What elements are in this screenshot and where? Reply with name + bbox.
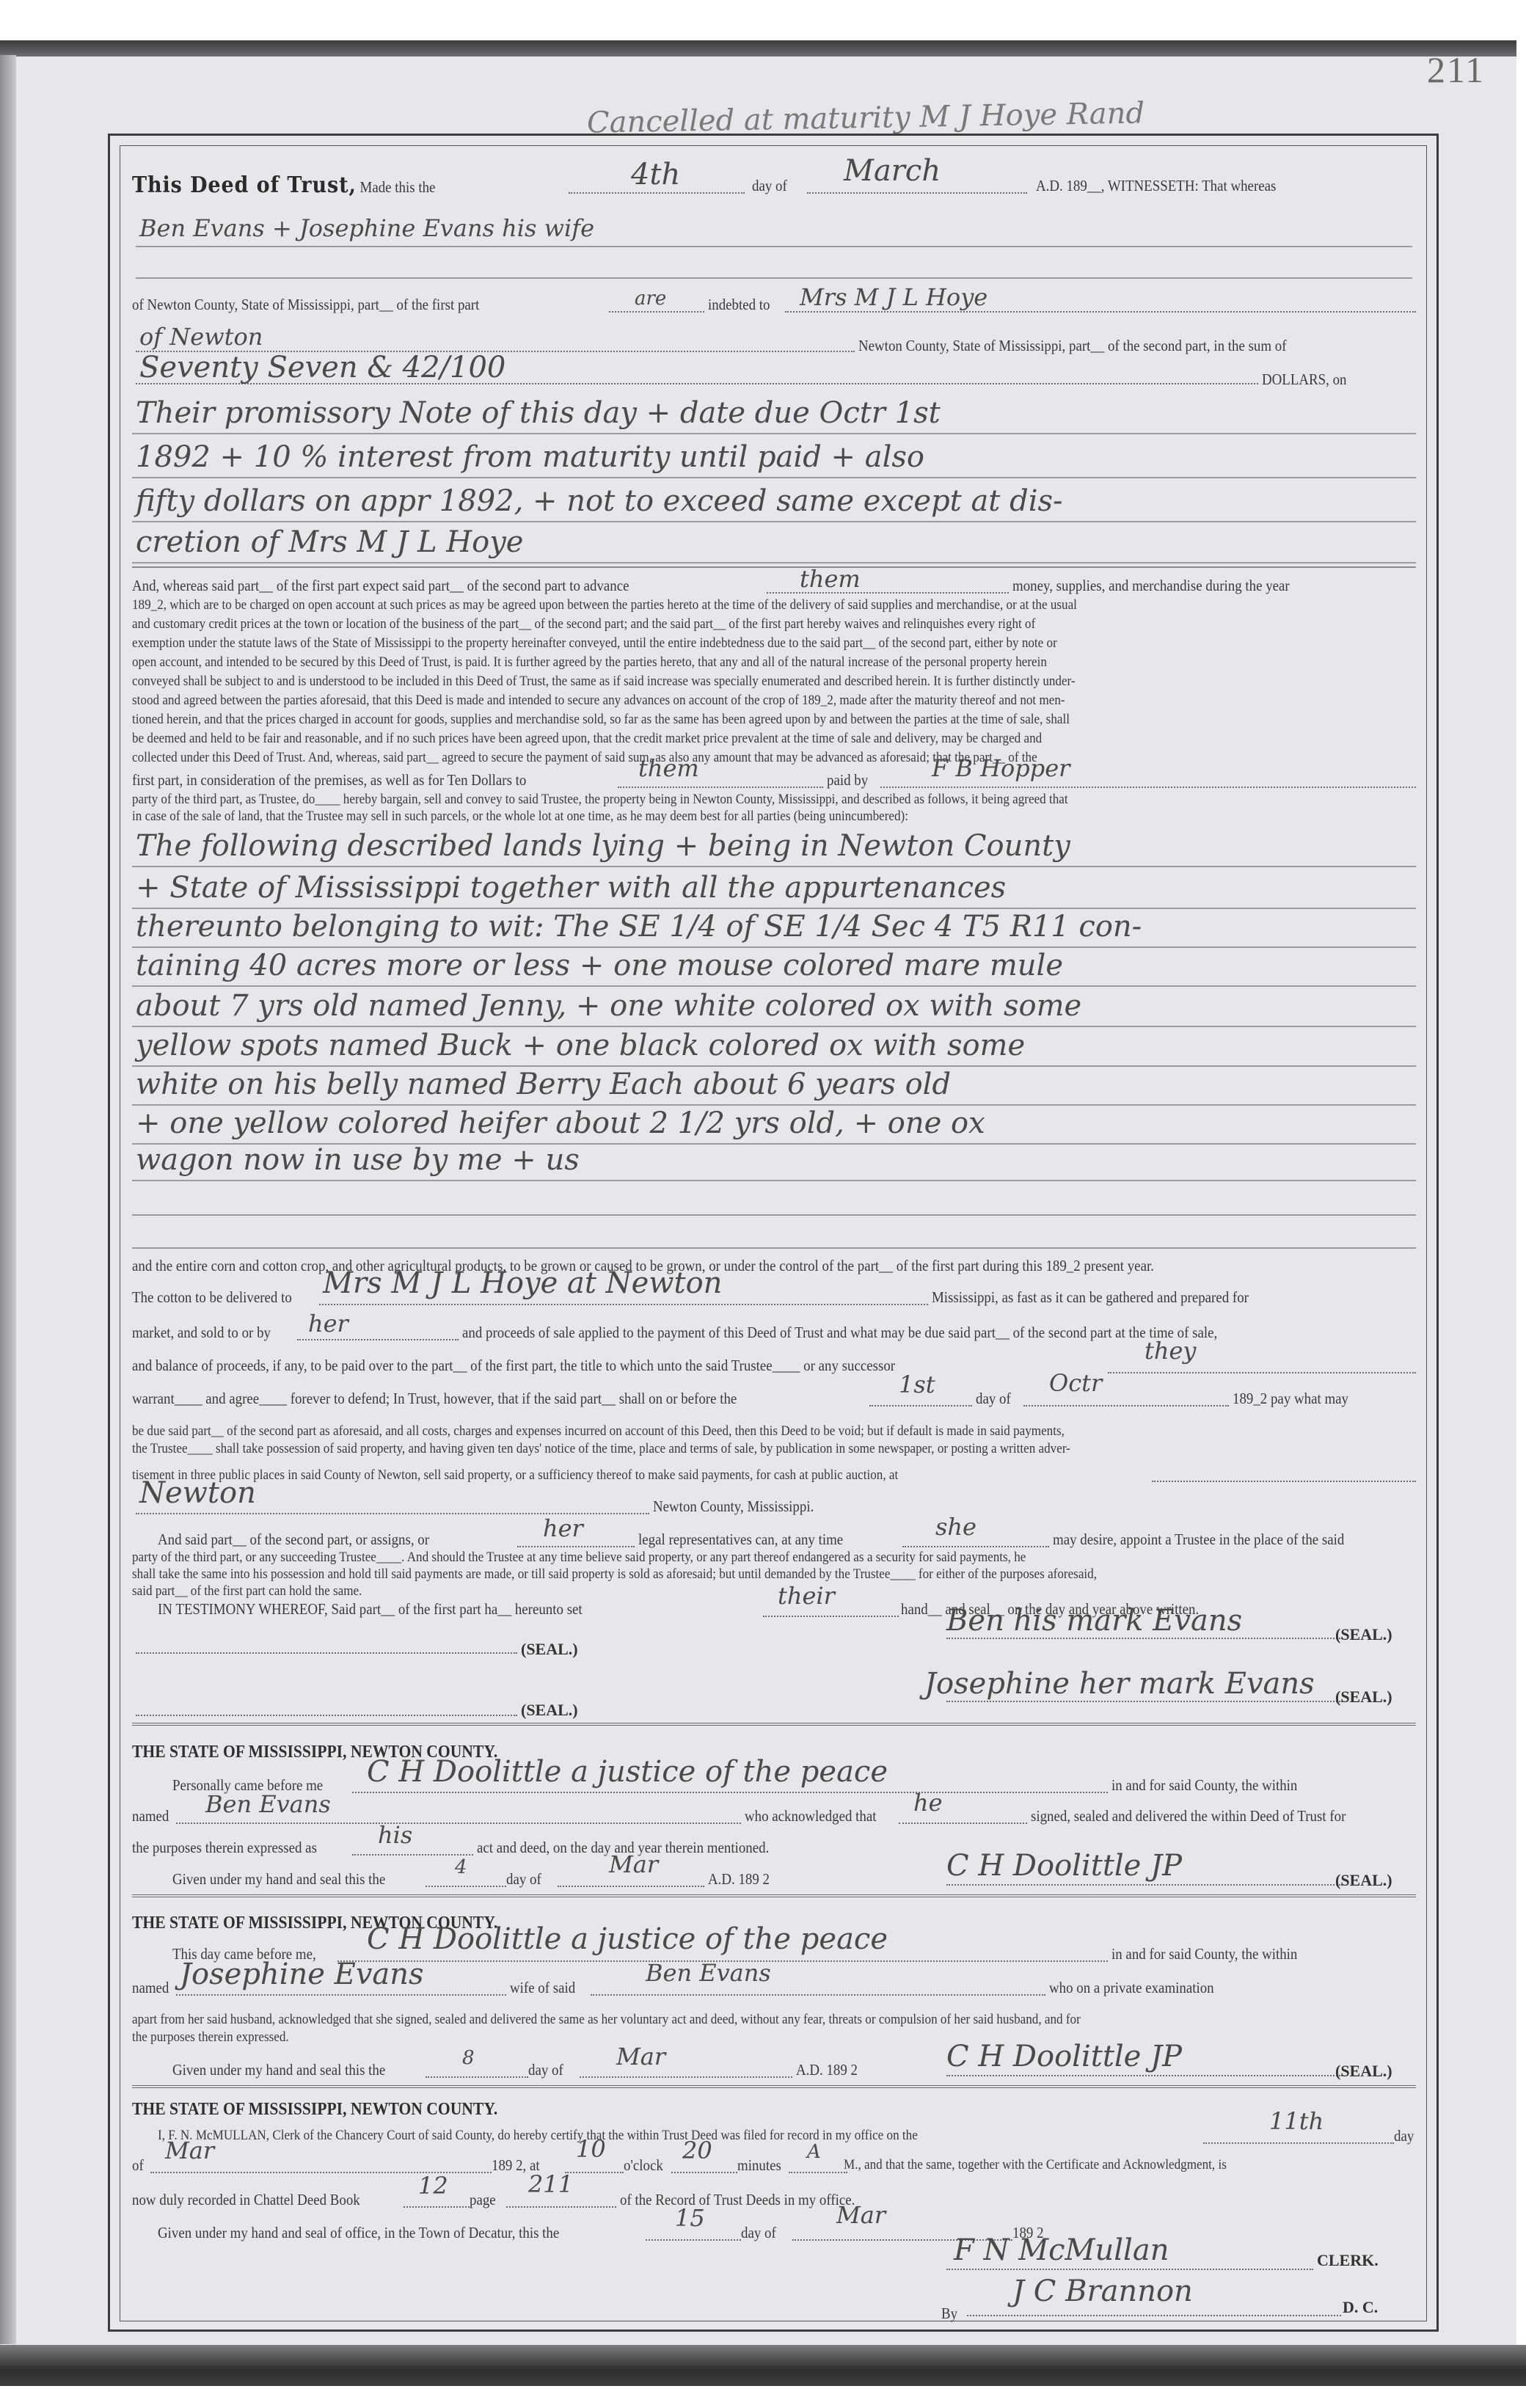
warrant-day-field: 1st (899, 1371, 935, 1398)
scan-edge-left (0, 55, 16, 2344)
testimony-field: their (778, 1582, 835, 1610)
warrant-month-field: Octr (1049, 1369, 1102, 1397)
advances-label: And, whereas said part__ of the first pa… (132, 577, 629, 594)
clerk-day-label: day (1394, 2126, 1420, 2145)
property-line-0: The following described lands lying + be… (136, 829, 1070, 863)
ack2-named-line (176, 1994, 506, 1996)
legal-mid-label: legal representatives can, at any time (638, 1530, 902, 1549)
property-rule-9 (132, 1214, 1416, 1216)
month-field: March (844, 154, 941, 188)
clerk-given-day-field: 15 (675, 2204, 705, 2232)
advances-para-2: exemption under the statute laws of the … (132, 634, 1288, 653)
ack2-seal: (SEAL.) (1335, 2062, 1392, 2081)
desire-field: she (935, 1513, 976, 1541)
ack1-he-line (899, 1823, 1027, 1824)
creditor-field: Mrs M J L Hoye (800, 283, 987, 311)
clerk-book-line (404, 2206, 470, 2208)
ack2-divider (132, 1894, 1416, 1897)
balance-field-line (1108, 1372, 1416, 1373)
advances-para-0: 189_2, which are to be charged on open a… (132, 596, 1288, 615)
deputy-signature-line (967, 2315, 1341, 2316)
second-part-label: Newton County, State of Mississippi, par… (858, 336, 1367, 355)
note-line-2: 1892 + 10 % interest from maturity until… (136, 440, 924, 474)
clerk-minutes-line (671, 2172, 737, 2173)
witnesseth-label: A.D. 189__, WITNESSETH: That whereas (1036, 176, 1379, 195)
clerk-given-month-field: Mar (836, 2201, 886, 2229)
scan-edge-bottom (0, 2345, 1526, 2386)
warrant-post-label: 189_2 pay what may (1233, 1389, 1404, 1408)
clerk-cert-label: I, F. N. McMULLAN, Clerk of the Chancery… (158, 2126, 1109, 2145)
section-divider (132, 566, 1416, 568)
clerk-label: CLERK. (1317, 2251, 1379, 2270)
note-line-2-rule (132, 477, 1416, 478)
ack2-month-line (580, 2076, 792, 2078)
ack2-husband-field: Ben Evans (646, 1959, 771, 1987)
property-rule-8 (132, 1180, 1416, 1181)
ack2-month-field: Mar (616, 2043, 665, 2070)
ack1-named-line (176, 1823, 741, 1824)
advances-para-1: and customary credit prices at the town … (132, 615, 1288, 634)
ack1-officer-field: C H Doolittle a justice of the peace (367, 1755, 888, 1789)
ack2-day-field: 8 (462, 2047, 475, 2069)
auction-cont-line (1152, 1481, 1416, 1482)
ack2-line-0: apart from her said husband, acknowledge… (132, 2010, 1288, 2029)
legal-field-line (517, 1546, 635, 1547)
legal-field: her (543, 1514, 583, 1542)
ack2-husband-line (591, 1994, 1045, 1996)
trustee-field: them (638, 754, 699, 782)
ack1-seal: (SEAL.) (1335, 1871, 1392, 1890)
clerk-recorded-post: of the Record of Trust Deeds in my offic… (620, 2190, 950, 2209)
blank-seal2-line (136, 1715, 517, 1716)
ack1-given-label: Given under my hand and seal this the (172, 1869, 410, 1889)
signer1-signature: Ben his mark Evans (946, 1604, 1242, 1638)
clerk-signature-line (946, 2269, 1313, 2270)
advances-para-5: stood and agreed between the parties afo… (132, 691, 1288, 710)
ack2-signature: C H Doolittle JP (946, 2040, 1182, 2073)
clerk-page-field: 211 (528, 2170, 573, 2198)
property-line-5: yellow spots named Buck + one black colo… (136, 1029, 1025, 1062)
property-rule-5 (132, 1065, 1416, 1067)
clerk-filed-day-field: 11th (1269, 2107, 1324, 2135)
trustee-field-line (618, 787, 823, 788)
month-field-line (807, 192, 1027, 194)
ack1-officer-line (352, 1792, 1108, 1793)
note-line-1: Their promissory Note of this day + date… (136, 396, 941, 430)
dc-label: D. C. (1343, 2298, 1378, 2317)
delivered-field: Mrs M J L Hoye at Newton (323, 1266, 722, 1300)
note-line-4-rule (132, 562, 1416, 563)
ack1-day-field: 4 (455, 1856, 467, 1878)
signer1-line (946, 1638, 1343, 1639)
ack2-officer-field: C H Doolittle a justice of the peace (367, 1922, 888, 1956)
advances-para-7: be deemed and held to be fair and reason… (132, 729, 1288, 748)
clerk-minutes-label: minutes (737, 2156, 797, 2175)
indebted-label: indebted to (708, 295, 787, 314)
ack1-month-line (558, 1886, 704, 1887)
made-this-label: Made this the (360, 178, 436, 196)
property-line-7: + one yellow colored heifer about 2 1/2 … (136, 1106, 985, 1140)
county-label: of Newton County, State of Mississippi, … (132, 296, 479, 313)
warrant-month-line (1023, 1405, 1229, 1407)
note-line-3: fifty dollars on appr 1892, + not to exc… (136, 484, 1063, 518)
deputy-signature: J C Brannon (1012, 2274, 1193, 2308)
signer2-line (946, 1701, 1343, 1702)
clerk-page-label: page (470, 2190, 509, 2209)
ack2-day-of-label: day of (528, 2060, 581, 2079)
property-rule-2 (132, 946, 1416, 948)
advances-para-4: conveyed shall be subject to and is unde… (132, 672, 1288, 691)
signer1-seal: (SEAL.) (1335, 1625, 1392, 1644)
ack1-day-of-label: day of (506, 1869, 559, 1889)
property-rule-6 (132, 1104, 1416, 1106)
ack1-purposes-line (352, 1854, 473, 1856)
ack2-year-label: A.D. 189 2 (796, 2060, 915, 2079)
default-line-1: the Trustee____ shall take possession of… (132, 1440, 1288, 1459)
ack1-named-post: signed, sealed and delivered the within … (1031, 1806, 1387, 1825)
clerk-page-line (506, 2206, 616, 2208)
property-rule-4 (132, 1026, 1416, 1027)
property-line-6: white on his belly named Berry Each abou… (136, 1068, 951, 1101)
clerk-divider (132, 2085, 1416, 2088)
auction-place-field: Newton (139, 1476, 256, 1510)
clerk-hour-line (565, 2172, 624, 2173)
property-line-1: + State of Mississippi together with all… (136, 871, 1006, 905)
convey-line-1: in case of the sale of land, that the Tr… (132, 807, 1288, 826)
ack1-named-mid: who acknowledged that (745, 1806, 897, 1825)
property-line-8: wagon now in use by me + us (136, 1143, 580, 1177)
ack1-divider (132, 1723, 1416, 1726)
default-line-0: be due said part__ of the second part as… (132, 1422, 1288, 1441)
property-rule-1 (132, 908, 1416, 909)
advances-post-label: money, supplies, and merchandise during … (1012, 576, 1382, 595)
ack1-came-post: in and for said County, the within (1111, 1776, 1395, 1795)
scan-edge-top (0, 40, 1516, 56)
property-line-4: about 7 yrs old named Jenny, + one white… (136, 989, 1081, 1023)
parties-line (136, 246, 1412, 247)
paid-by-label: paid by (827, 770, 880, 789)
balance-field: they (1144, 1337, 1196, 1365)
note-line-1-rule (132, 433, 1416, 434)
note-line-3-rule (132, 521, 1416, 522)
blank-line (136, 277, 1412, 279)
property-line-2: thereunto belonging to wit: The SE 1/4 o… (136, 910, 1142, 944)
ack2-day-line (426, 2076, 528, 2078)
clerk-given-label: Given under my hand and seal of office, … (158, 2223, 587, 2242)
creditor-field-line (785, 311, 1416, 313)
testimony-field-line (763, 1616, 899, 1617)
clerk-filed-day-line (1203, 2142, 1394, 2144)
advances-para-3: open account, and intended to be secured… (132, 653, 1288, 672)
default-line-2: tisement in three public places in said … (132, 1466, 1288, 1485)
clerk-minutes-field: 20 (682, 2137, 712, 2164)
advances-para-8: collected under this Deed of Trust. And,… (132, 748, 1288, 767)
paid-by-field-line (880, 787, 1416, 788)
ack1-year-label: A.D. 189 2 (708, 1869, 827, 1889)
succession-line-2: said part__ of the first part can hold t… (132, 1582, 1288, 1601)
ack1-signature: C H Doolittle JP (946, 1849, 1182, 1883)
paid-by-field: F B Hopper (932, 754, 1070, 782)
ack2-named-post: who on a private examination (1049, 1978, 1390, 1997)
ack2-signature-line (946, 2075, 1343, 2076)
ack2-named-field: Josephine Evans (180, 1958, 424, 1991)
ack1-month-field: Mar (609, 1850, 658, 1878)
market-field: her (308, 1310, 348, 1338)
clerk-book-field: 12 (418, 2172, 448, 2200)
ack1-day-line (426, 1886, 506, 1887)
auction-post-label: Newton County, Mississippi. (653, 1497, 917, 1516)
property-rule-0 (132, 866, 1416, 867)
clerk-cert-post: M., and that the same, together with the… (844, 2156, 1372, 2175)
clerk-recorded-label: now duly recorded in Chattel Deed Book (132, 2190, 370, 2209)
note-line-4: cretion of Mrs M J L Hoye (136, 525, 523, 559)
warrant-day-line (869, 1405, 972, 1407)
ack2-wife-label: wife of said (510, 1978, 589, 1997)
ack1-named-field: Ben Evans (205, 1790, 331, 1818)
are-field: are (635, 288, 666, 310)
blank-seal1-line (136, 1652, 517, 1654)
of-newton-field: of Newton (139, 323, 263, 351)
are-field-line (609, 311, 704, 313)
desire-field-line (902, 1546, 1049, 1547)
blank-seal1: (SEAL.) (521, 1640, 578, 1659)
deed-title: This Deed of Trust, (132, 172, 357, 198)
market-post-label: and proceeds of sale applied to the paym… (462, 1323, 1327, 1342)
clerk-signature: F N McMullan (954, 2233, 1169, 2267)
ack1-purposes-post: act and deed, on the day and year therei… (477, 1838, 939, 1857)
day-field-line (569, 192, 745, 194)
sum-field: Seventy Seven & 42/100 (139, 351, 505, 384)
property-line-3: taining 40 acres more or less + one mous… (136, 949, 1063, 982)
property-rule-3 (132, 985, 1416, 987)
dollars-on-label: DOLLARS, on (1262, 370, 1407, 389)
ack1-he-field: he (913, 1789, 943, 1817)
clerk-given-day-line (646, 2239, 741, 2241)
page-number: 211 (1427, 48, 1485, 91)
clerk-heading: THE STATE OF MISSISSIPPI, NEWTON COUNTY. (132, 2100, 1288, 2119)
clerk-hour-field: 10 (576, 2135, 606, 2163)
advance-field: them (800, 565, 861, 593)
delivered-field-line (319, 1304, 928, 1305)
signer2-signature: Josephine her mark Evans (924, 1667, 1315, 1701)
ack1-purposes-field: his (378, 1821, 412, 1849)
delivered-post-label: Mississippi, as fast as it can be gather… (932, 1288, 1374, 1307)
desire-post-label: may desire, appoint a Trustee in the pla… (1053, 1530, 1387, 1549)
ack2-came-post: in and for said County, the within (1111, 1944, 1395, 1963)
blank-seal2: (SEAL.) (521, 1701, 578, 1720)
warrant-day-of-label: day of (976, 1389, 1029, 1408)
ack2-given-label: Given under my hand and seal this the (172, 2060, 410, 2079)
property-rule-10 (132, 1247, 1416, 1249)
parties-first-field: Ben Evans + Josephine Evans his wife (139, 214, 594, 242)
market-field-line (297, 1339, 459, 1340)
clerk-ampm-line (789, 2172, 847, 2173)
clerk-given-day-of: day of (741, 2223, 794, 2242)
clerk-month-field: Mar (165, 2137, 214, 2164)
clerk-of-label: of (132, 2156, 152, 2175)
day-of-label: day of (752, 176, 805, 195)
advances-para-6: tioned herein, and that the prices charg… (132, 710, 1288, 729)
by-label: By (941, 2304, 968, 2323)
day-field: 4th (631, 158, 680, 191)
signer2-seal: (SEAL.) (1335, 1688, 1392, 1707)
ack1-purposes-label: the purposes therein expressed as (132, 1838, 310, 1857)
clerk-ampm-field: A (807, 2141, 821, 2163)
ack1-signature-line (946, 1884, 1343, 1886)
